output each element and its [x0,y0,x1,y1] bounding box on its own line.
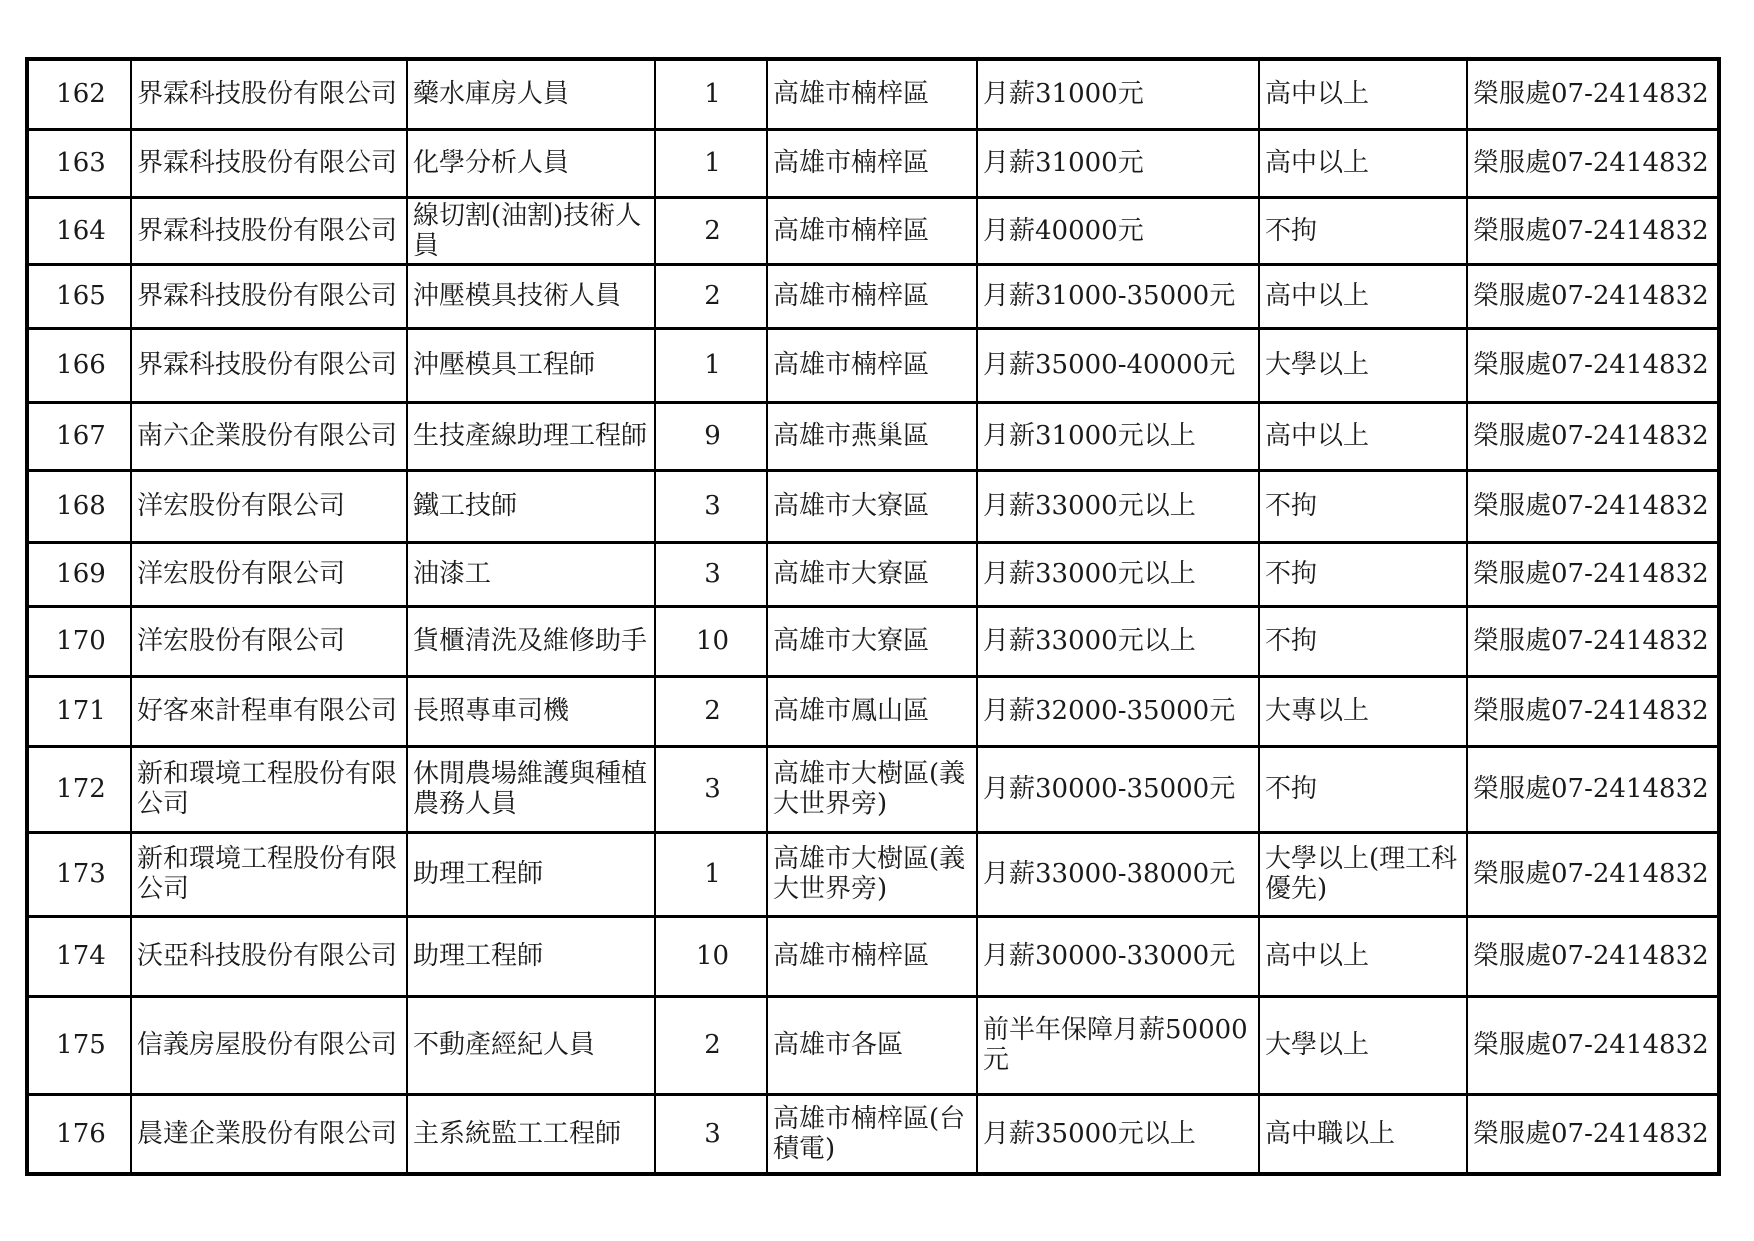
cell-location: 高雄市鳳山區 [767,676,977,746]
cell-location: 高雄市楠梓區(台積電) [767,1094,977,1174]
cell-education-requirement: 不拘 [1259,470,1467,542]
cell-job-title: 助理工程師 [407,832,655,916]
table-row: 175信義房屋股份有限公司不動產經紀人員2高雄市各區前半年保障月薪50000元大… [27,996,1719,1094]
cell-contact: 榮服處07-2414832 [1467,470,1719,542]
cell-job-title: 休閒農場維護與種植農務人員 [407,746,655,832]
table-row: 167南六企業股份有限公司生技產線助理工程師9高雄市燕巢區月新31000元以上高… [27,402,1719,470]
cell-row-number: 170 [27,606,131,676]
cell-company-name: 界霖科技股份有限公司 [131,197,407,264]
cell-education-requirement: 高中以上 [1259,59,1467,129]
cell-openings-count: 1 [655,59,767,129]
cell-contact: 榮服處07-2414832 [1467,1094,1719,1174]
cell-row-number: 166 [27,328,131,402]
cell-contact: 榮服處07-2414832 [1467,197,1719,264]
cell-location: 高雄市大寮區 [767,470,977,542]
cell-job-title: 助理工程師 [407,916,655,996]
cell-location: 高雄市大樹區(義大世界旁) [767,832,977,916]
cell-education-requirement: 不拘 [1259,542,1467,606]
cell-education-requirement: 大學以上 [1259,328,1467,402]
cell-contact: 榮服處07-2414832 [1467,606,1719,676]
cell-education-requirement: 大學以上 [1259,996,1467,1094]
cell-contact: 榮服處07-2414832 [1467,402,1719,470]
cell-row-number: 162 [27,59,131,129]
cell-row-number: 163 [27,129,131,197]
cell-openings-count: 1 [655,832,767,916]
cell-location: 高雄市楠梓區 [767,264,977,328]
cell-row-number: 172 [27,746,131,832]
cell-company-name: 洋宏股份有限公司 [131,542,407,606]
cell-job-title: 不動產經紀人員 [407,996,655,1094]
table-row: 169洋宏股份有限公司油漆工3高雄市大寮區月薪33000元以上不拘榮服處07-2… [27,542,1719,606]
cell-contact: 榮服處07-2414832 [1467,129,1719,197]
cell-location: 高雄市大寮區 [767,542,977,606]
cell-contact: 榮服處07-2414832 [1467,676,1719,746]
cell-company-name: 洋宏股份有限公司 [131,606,407,676]
cell-education-requirement: 高中以上 [1259,129,1467,197]
cell-location: 高雄市楠梓區 [767,59,977,129]
table-row: 164界霖科技股份有限公司線切割(油割)技術人員2高雄市楠梓區月薪40000元不… [27,197,1719,264]
cell-salary: 月薪33000元以上 [977,542,1259,606]
cell-education-requirement: 不拘 [1259,746,1467,832]
cell-row-number: 168 [27,470,131,542]
cell-location: 高雄市大寮區 [767,606,977,676]
job-listing-table: 162界霖科技股份有限公司藥水庫房人員1高雄市楠梓區月薪31000元高中以上榮服… [25,57,1721,1176]
cell-salary: 月薪31000元 [977,59,1259,129]
cell-salary: 月薪30000-35000元 [977,746,1259,832]
cell-salary: 月薪40000元 [977,197,1259,264]
cell-openings-count: 2 [655,996,767,1094]
cell-location: 高雄市楠梓區 [767,197,977,264]
cell-salary: 月薪33000元以上 [977,606,1259,676]
cell-salary: 月薪32000-35000元 [977,676,1259,746]
cell-location: 高雄市大樹區(義大世界旁) [767,746,977,832]
cell-education-requirement: 大專以上 [1259,676,1467,746]
cell-job-title: 長照專車司機 [407,676,655,746]
table-row: 162界霖科技股份有限公司藥水庫房人員1高雄市楠梓區月薪31000元高中以上榮服… [27,59,1719,129]
cell-location: 高雄市楠梓區 [767,328,977,402]
cell-openings-count: 3 [655,470,767,542]
cell-education-requirement: 高中以上 [1259,264,1467,328]
cell-salary: 前半年保障月薪50000元 [977,996,1259,1094]
cell-company-name: 新和環境工程股份有限公司 [131,832,407,916]
cell-row-number: 167 [27,402,131,470]
table-row: 171好客來計程車有限公司長照專車司機2高雄市鳳山區月薪32000-35000元… [27,676,1719,746]
cell-job-title: 鐵工技師 [407,470,655,542]
cell-education-requirement: 高中以上 [1259,916,1467,996]
cell-location: 高雄市各區 [767,996,977,1094]
cell-contact: 榮服處07-2414832 [1467,746,1719,832]
cell-company-name: 界霖科技股份有限公司 [131,129,407,197]
cell-salary: 月薪33000-38000元 [977,832,1259,916]
cell-openings-count: 2 [655,264,767,328]
cell-education-requirement: 高中以上 [1259,402,1467,470]
cell-openings-count: 10 [655,606,767,676]
cell-company-name: 信義房屋股份有限公司 [131,996,407,1094]
cell-contact: 榮服處07-2414832 [1467,59,1719,129]
table-row: 163界霖科技股份有限公司化學分析人員1高雄市楠梓區月薪31000元高中以上榮服… [27,129,1719,197]
cell-salary: 月薪35000元以上 [977,1094,1259,1174]
cell-company-name: 洋宏股份有限公司 [131,470,407,542]
cell-contact: 榮服處07-2414832 [1467,916,1719,996]
cell-openings-count: 1 [655,328,767,402]
cell-education-requirement: 不拘 [1259,606,1467,676]
table-row: 168洋宏股份有限公司鐵工技師3高雄市大寮區月薪33000元以上不拘榮服處07-… [27,470,1719,542]
cell-row-number: 173 [27,832,131,916]
cell-company-name: 晨達企業股份有限公司 [131,1094,407,1174]
cell-salary: 月薪30000-33000元 [977,916,1259,996]
cell-company-name: 沃亞科技股份有限公司 [131,916,407,996]
cell-education-requirement: 不拘 [1259,197,1467,264]
cell-openings-count: 3 [655,1094,767,1174]
cell-openings-count: 3 [655,542,767,606]
cell-row-number: 174 [27,916,131,996]
cell-openings-count: 1 [655,129,767,197]
cell-job-title: 線切割(油割)技術人員 [407,197,655,264]
cell-job-title: 貨櫃清洗及維修助手 [407,606,655,676]
cell-salary: 月薪31000-35000元 [977,264,1259,328]
cell-contact: 榮服處07-2414832 [1467,832,1719,916]
document-page: 162界霖科技股份有限公司藥水庫房人員1高雄市楠梓區月薪31000元高中以上榮服… [25,57,1721,1176]
cell-location: 高雄市楠梓區 [767,916,977,996]
cell-company-name: 好客來計程車有限公司 [131,676,407,746]
table-row: 173新和環境工程股份有限公司助理工程師1高雄市大樹區(義大世界旁)月薪3300… [27,832,1719,916]
cell-row-number: 165 [27,264,131,328]
cell-row-number: 171 [27,676,131,746]
cell-salary: 月薪31000元 [977,129,1259,197]
table-row: 176晨達企業股份有限公司主系統監工工程師3高雄市楠梓區(台積電)月薪35000… [27,1094,1719,1174]
cell-openings-count: 9 [655,402,767,470]
cell-row-number: 164 [27,197,131,264]
cell-job-title: 油漆工 [407,542,655,606]
cell-contact: 榮服處07-2414832 [1467,542,1719,606]
cell-company-name: 界霖科技股份有限公司 [131,59,407,129]
cell-job-title: 沖壓模具技術人員 [407,264,655,328]
table-row: 174沃亞科技股份有限公司助理工程師10高雄市楠梓區月薪30000-33000元… [27,916,1719,996]
cell-job-title: 主系統監工工程師 [407,1094,655,1174]
cell-education-requirement: 大學以上(理工科優先) [1259,832,1467,916]
cell-contact: 榮服處07-2414832 [1467,264,1719,328]
cell-company-name: 南六企業股份有限公司 [131,402,407,470]
cell-education-requirement: 高中職以上 [1259,1094,1467,1174]
cell-job-title: 藥水庫房人員 [407,59,655,129]
cell-location: 高雄市燕巢區 [767,402,977,470]
cell-row-number: 175 [27,996,131,1094]
table-row: 166界霖科技股份有限公司沖壓模具工程師1高雄市楠梓區月薪35000-40000… [27,328,1719,402]
cell-row-number: 176 [27,1094,131,1174]
document-background: { "colors": { "background": "#ffffff", "… [0,0,1754,1241]
cell-salary: 月薪35000-40000元 [977,328,1259,402]
cell-job-title: 沖壓模具工程師 [407,328,655,402]
cell-location: 高雄市楠梓區 [767,129,977,197]
cell-contact: 榮服處07-2414832 [1467,996,1719,1094]
cell-contact: 榮服處07-2414832 [1467,328,1719,402]
table-row: 172新和環境工程股份有限公司休閒農場維護與種植農務人員3高雄市大樹區(義大世界… [27,746,1719,832]
table-row: 170洋宏股份有限公司貨櫃清洗及維修助手10高雄市大寮區月薪33000元以上不拘… [27,606,1719,676]
cell-job-title: 化學分析人員 [407,129,655,197]
cell-openings-count: 3 [655,746,767,832]
cell-openings-count: 2 [655,197,767,264]
table-row: 165界霖科技股份有限公司沖壓模具技術人員2高雄市楠梓區月薪31000-3500… [27,264,1719,328]
cell-openings-count: 2 [655,676,767,746]
cell-company-name: 界霖科技股份有限公司 [131,328,407,402]
job-table-body: 162界霖科技股份有限公司藥水庫房人員1高雄市楠梓區月薪31000元高中以上榮服… [27,59,1719,1174]
cell-job-title: 生技產線助理工程師 [407,402,655,470]
cell-salary: 月薪33000元以上 [977,470,1259,542]
cell-openings-count: 10 [655,916,767,996]
cell-salary: 月新31000元以上 [977,402,1259,470]
cell-company-name: 界霖科技股份有限公司 [131,264,407,328]
cell-company-name: 新和環境工程股份有限公司 [131,746,407,832]
cell-row-number: 169 [27,542,131,606]
